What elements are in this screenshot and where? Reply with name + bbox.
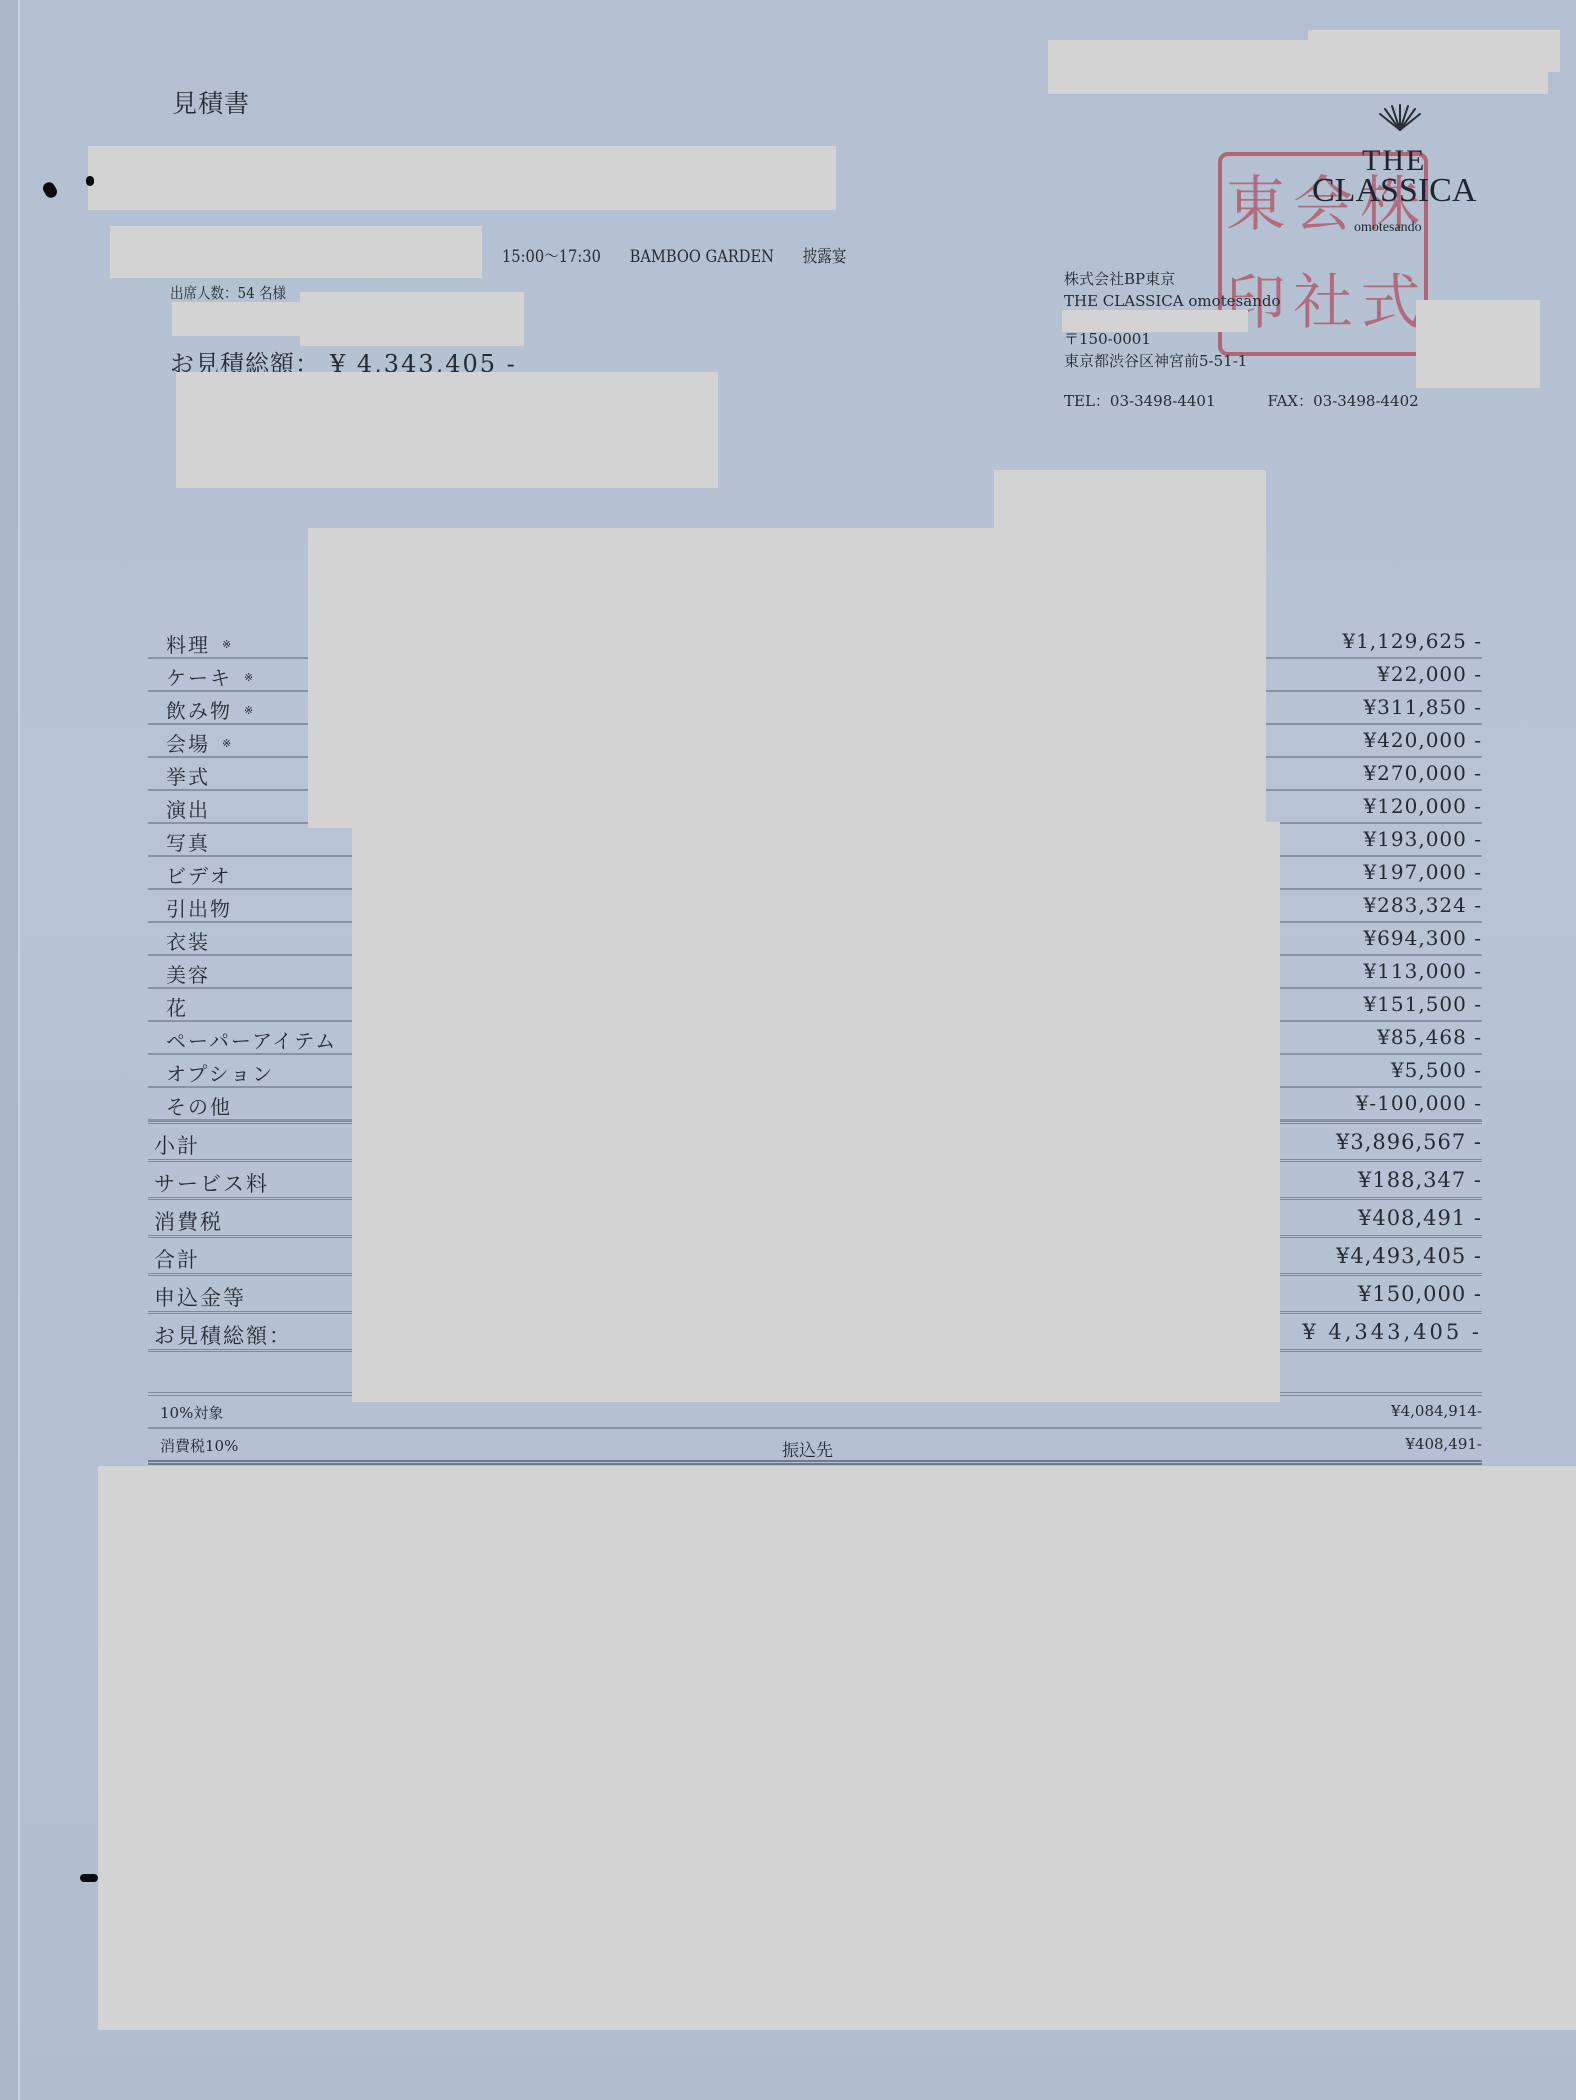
document-title: 見積書 [172,84,250,120]
row-label: 挙式 [166,761,210,790]
transfer-destination-label: 振込先 [782,1436,833,1461]
logo-line-omotesando: omotesando [1354,220,1422,236]
row-label: 消費税10% [160,1435,238,1456]
row-amount: ¥694,300 - [1363,926,1482,950]
row-label: その他 [166,1091,232,1120]
row-label: 合計 [154,1244,200,1274]
row-amount: ¥151,500 - [1363,992,1482,1016]
row-amount: ¥85,468 - [1377,1025,1482,1049]
row-label: 演出 [166,794,210,823]
scan-mark [80,1874,98,1882]
row-amount: ¥3,896,567 - [1336,1130,1482,1154]
row-label: 引出物 [166,893,232,922]
row-amount: ¥408,491- [1405,1435,1482,1453]
row-amount: ¥1,129,625 - [1342,629,1482,653]
event-type: 披露宴 [803,247,847,267]
logo-line-classica: CLASSICA [1312,172,1476,210]
row-amount: ¥150,000 - [1358,1282,1482,1306]
row-amount: ¥193,000 - [1363,827,1482,851]
company-info: 株式会社BP東京 THE CLASSICA omotesando 〒150-00… [1064,268,1419,412]
row-amount: ¥197,000 - [1363,860,1482,884]
redacted-block [352,822,1280,1402]
row-amount: ¥311,850 - [1363,695,1482,719]
paper-edge [18,0,20,2100]
event-venue: BAMBOO GARDEN [630,247,774,267]
redacted-block [88,146,836,210]
row-amount: ¥ 4,343,405 - [1302,1320,1482,1344]
row-label: 消費税 [154,1206,223,1236]
row-label: ペーパーアイテム [166,1025,337,1054]
row-label: 料理 [166,629,210,658]
row-amount: ¥22,000 - [1377,662,1482,686]
the-classica-logo: THE CLASSICA omotesando [1296,100,1496,250]
row-note: ※ [244,671,253,684]
redacted-block [1048,40,1548,94]
redacted-block [176,372,718,488]
company-brand: THE CLASSICA omotesando [1064,290,1419,312]
row-amount: ¥5,500 - [1391,1058,1482,1082]
row-label: 申込金等 [154,1282,246,1312]
fan-logo-icon [1376,104,1424,132]
row-note: ※ [244,704,253,717]
redacted-block [308,528,1266,828]
row-amount: ¥113,000 - [1363,959,1482,983]
row-amount: ¥408,491 - [1358,1206,1482,1230]
guest-count: 出席人数：54 名様 [170,282,286,303]
row-amount: ¥4,084,914- [1391,1402,1482,1420]
row-note: ※ [222,737,231,750]
row-amount: ¥-100,000 - [1356,1091,1482,1115]
row-label: 美容 [166,959,210,988]
row-note: ※ [222,638,231,651]
redacted-block [300,292,524,346]
row-label: 花 [166,992,188,1021]
row-label: 飲み物 [166,695,232,724]
row-label: オプション [166,1058,274,1087]
row-amount: ¥120,000 - [1363,794,1482,818]
row-label: 会場 [166,728,210,757]
row-label: サービス料 [154,1168,269,1198]
redacted-transfer-details [98,1466,1576,2030]
row-amount: ¥420,000 - [1363,728,1482,752]
row-label: ビデオ [166,860,232,889]
row-label: 写真 [166,827,210,856]
company-name: 株式会社BP東京 [1064,268,1419,290]
event-info: 15:00〜17:30 BAMBOO GARDEN 披露宴 [502,242,871,267]
event-time: 15:00〜17:30 [502,247,601,267]
scan-mark [86,176,94,186]
company-tel: TEL：03-3498-4401 [1064,390,1216,412]
row-label: 小計 [154,1130,200,1160]
row-label: ケーキ [166,662,232,691]
redacted-block [1416,300,1540,388]
row-label: 10%対象 [160,1402,223,1423]
redacted-block [1062,310,1248,332]
row-label: 衣装 [166,926,210,955]
redacted-block [172,302,308,336]
row-amount: ¥270,000 - [1363,761,1482,785]
row-amount: ¥188,347 - [1358,1168,1482,1192]
company-address: 東京都渋谷区神宮前5-51-1 [1064,350,1419,372]
redacted-block [110,226,482,278]
row-amount: ¥283,324 - [1363,893,1482,917]
row-amount: ¥4,493,405 - [1336,1244,1482,1268]
seal-char: 東 [1226,175,1286,235]
company-fax: FAX：03-3498-4402 [1268,390,1419,412]
row-label: お見積総額： [154,1320,292,1350]
